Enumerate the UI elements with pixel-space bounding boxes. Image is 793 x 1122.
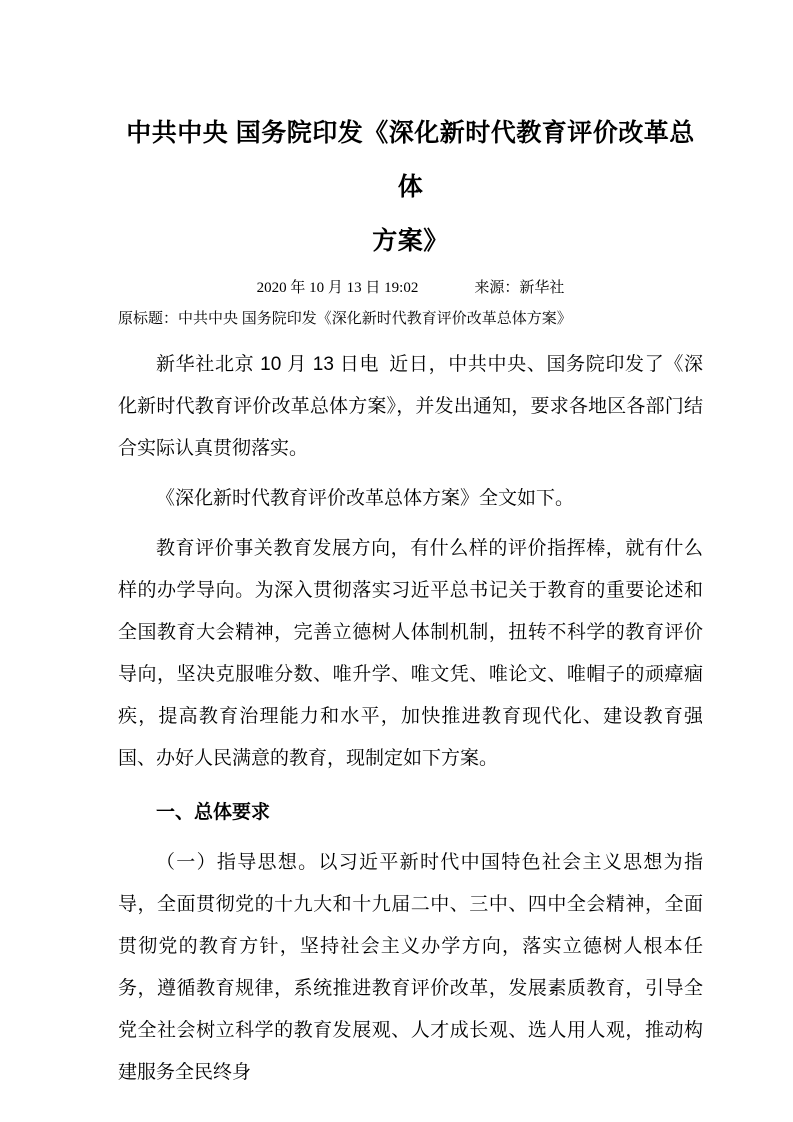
section-heading-1: 一、总体要求	[118, 792, 703, 834]
article-title: 中共中央 国务院印发《深化新时代教育评价改革总体 方案》	[118, 106, 703, 268]
body-paragraph-4: （一）指导思想。以习近平新时代中国特色社会主义思想为指导，全面贯彻党的十九大和十…	[118, 842, 703, 1094]
original-title-line: 原标题：中共中央 国务院印发《深化新时代教育评价改革总体方案》	[118, 309, 703, 330]
article-title-line-2: 方案》	[118, 214, 703, 268]
publish-info: 2020 年 10 月 13 日 19:02来源：新华社	[118, 278, 703, 299]
publish-datetime: 2020 年 10 月 13 日 19:02	[257, 280, 419, 296]
document-page: 中共中央 国务院印发《深化新时代教育评价改革总体 方案》 2020 年 10 月…	[0, 0, 793, 1122]
body-paragraph-2: 《深化新时代教育评价改革总体方案》全文如下。	[118, 478, 703, 520]
source-label: 来源：新华社	[474, 280, 564, 296]
body-paragraph-1: 新华社北京 10 月 13 日电 近日，中共中央、国务院印发了《深化新时代教育评…	[118, 344, 703, 470]
body-paragraph-3: 教育评价事关教育发展方向，有什么样的评价指挥棒，就有什么样的办学导向。为深入贯彻…	[118, 528, 703, 780]
article-title-line-1: 中共中央 国务院印发《深化新时代教育评价改革总体	[118, 106, 703, 214]
